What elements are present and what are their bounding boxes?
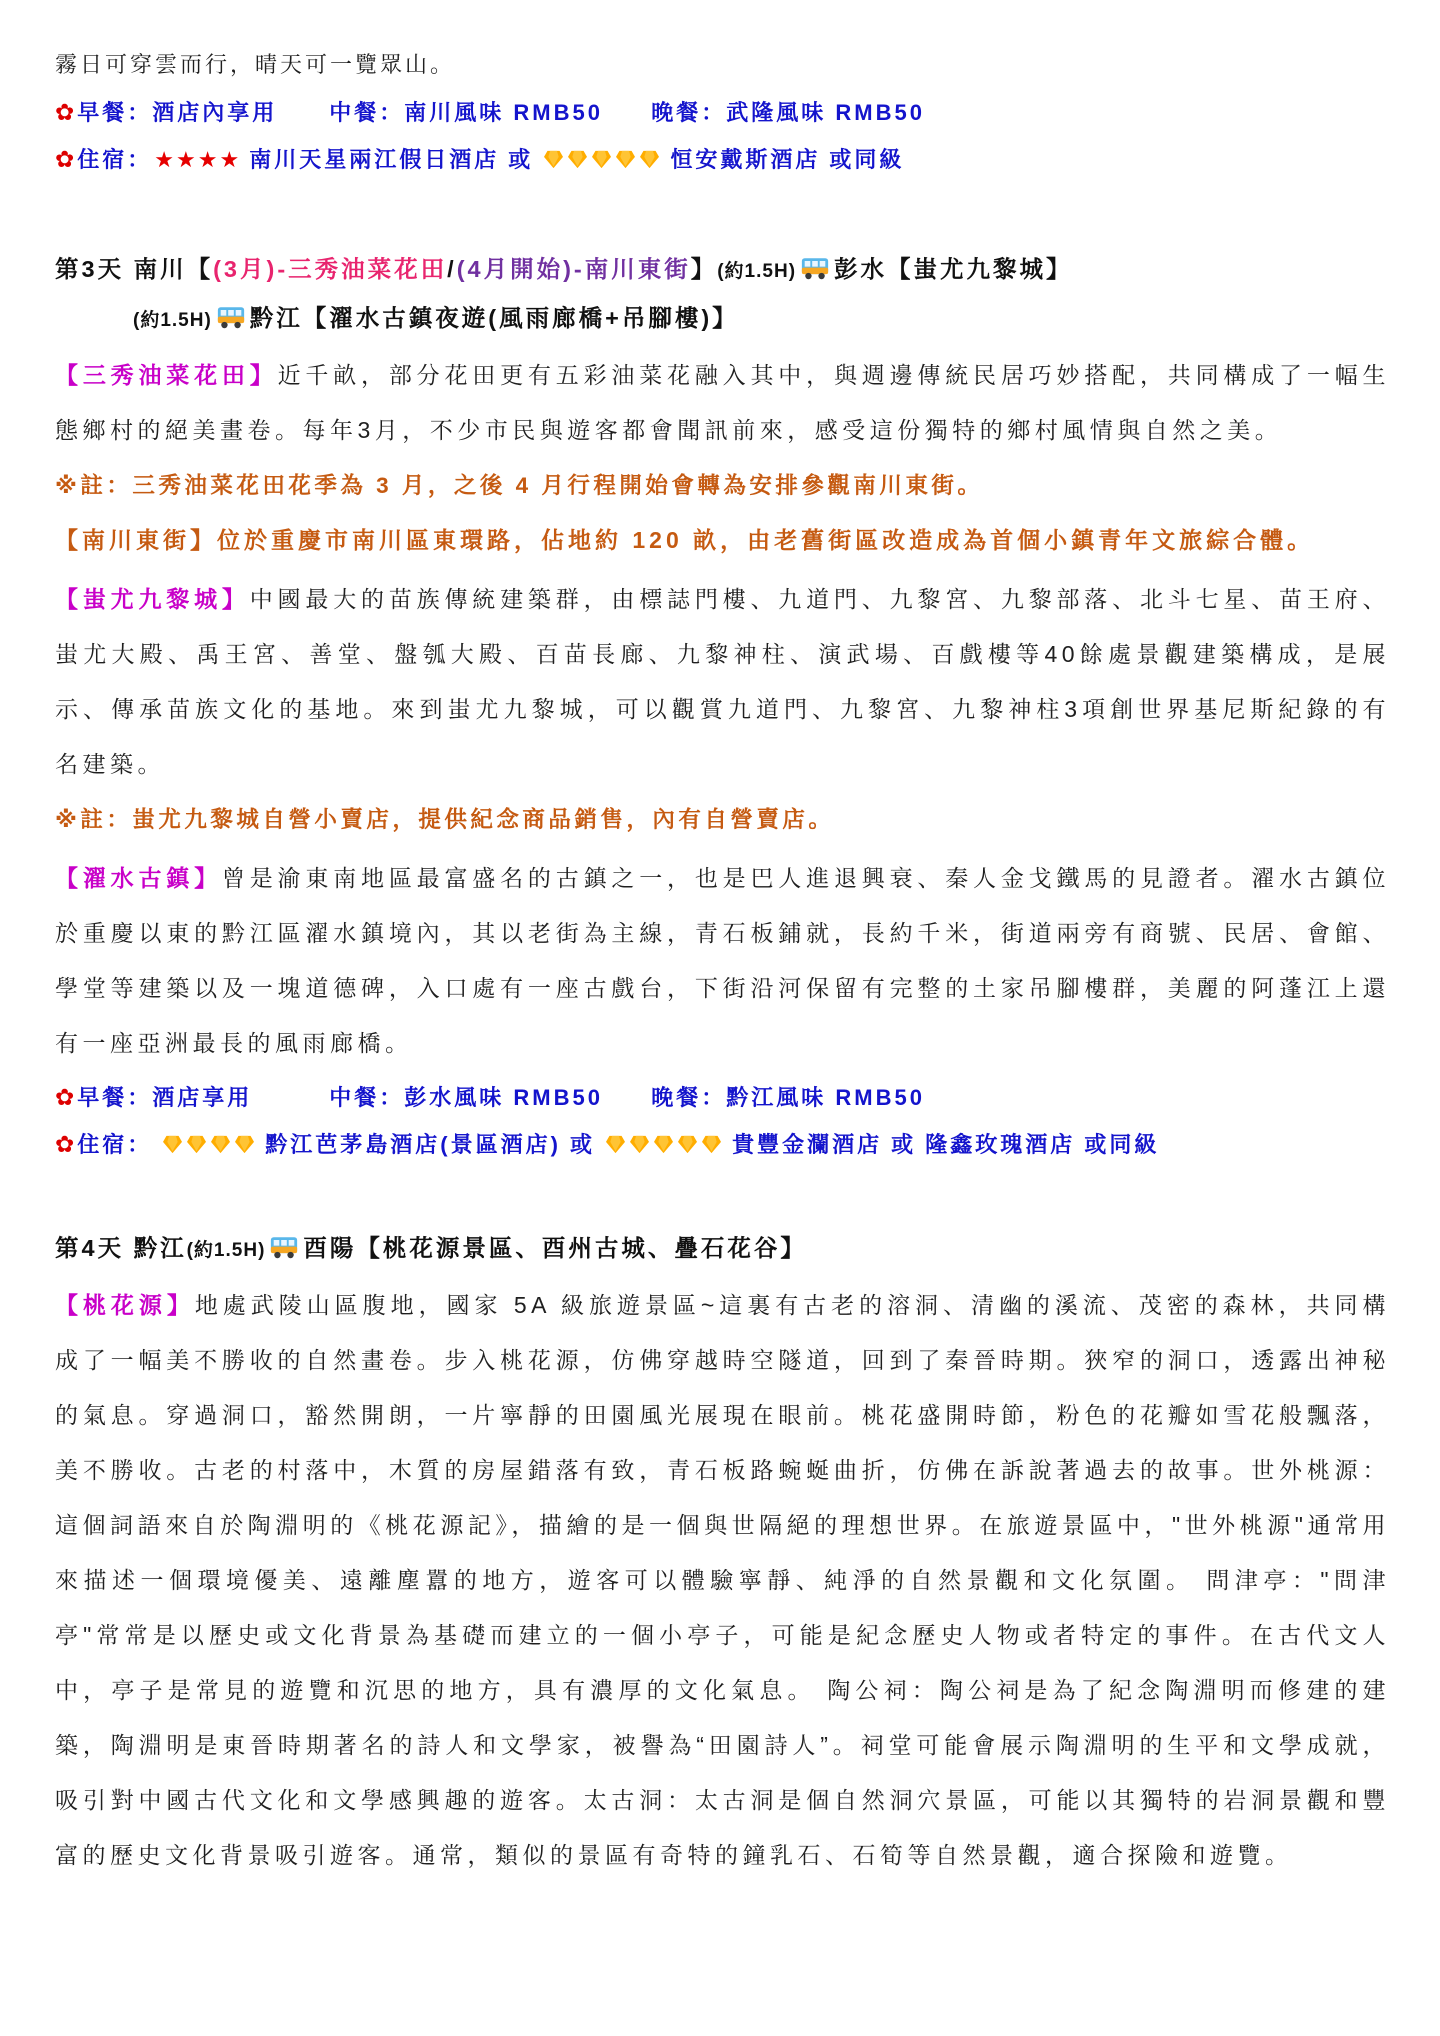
day4-heading: 第4天 黔江(約1.5H)酉陽【桃花源景區、酉州古城、疊石花谷】: [55, 1225, 1390, 1274]
day2-hotel-name1: 南川天星兩江假日酒店 或: [249, 147, 533, 172]
flower-icon: ✿: [55, 1131, 74, 1157]
section-label: 【濯水古鎮】: [55, 865, 222, 891]
day3-heading-line1: 第3天 南川【(3月)-三秀油菜花田/(4月開始)-南川東街】(約1.5H)彭水…: [55, 246, 1390, 295]
section-zhuoshui: 【濯水古鎮】曾是渝東南地區最富盛名的古鎮之一，也是巴人進退興衰、秦人金戈鐵馬的見…: [55, 851, 1390, 1071]
day2-meals-row: ✿早餐：酒店內享用中餐：南川風味 RMB50晚餐：武隆風味 RMB50: [55, 94, 1390, 131]
section-label: 【南川東街】: [55, 527, 217, 553]
star-rating: ★★★★: [154, 147, 241, 172]
day3-duration1: (約1.5H): [717, 261, 796, 282]
day3-title-prefix: 第3天 南川【: [55, 256, 213, 282]
day2-lunch: 中餐：南川風味 RMB50: [329, 95, 651, 131]
day3-meals-row: ✿早餐：酒店享用中餐：彭水風味 RMB50晚餐：黔江風味 RMB50: [55, 1079, 1390, 1116]
flower-icon: ✿: [55, 1084, 74, 1110]
document-page: 霧日可穿雲而行，晴天可一覽眾山。 ✿早餐：酒店內享用中餐：南川風味 RMB50晚…: [0, 0, 1440, 1883]
day3-breakfast: 早餐：酒店享用: [77, 1080, 329, 1116]
day4-duration: (約1.5H): [187, 1240, 266, 1261]
gem-icon: [629, 1135, 650, 1154]
gem-icon: [543, 150, 564, 169]
day3-hotel-label: 住宿：: [77, 1132, 152, 1157]
day2-hotel-row: ✿住宿：★★★★南川天星兩江假日酒店 或恒安戴斯酒店 或同級: [55, 141, 1390, 178]
day3-hotel-name1: 黔江芭茅島酒店(景區酒店) 或: [265, 1132, 595, 1157]
gem-icon: [162, 1135, 183, 1154]
diamond-rating: [605, 1135, 722, 1154]
section-label: 【三秀油菜花田】: [55, 362, 278, 388]
day3-lunch: 中餐：彭水風味 RMB50: [329, 1080, 651, 1116]
day3-dest2: 黔江【濯水古鎮夜遊(風雨廊橋+吊腳樓)】: [250, 305, 739, 331]
section-sanxiu: 【三秀油菜花田】近千畝，部分花田更有五彩油菜花融入其中，與週邊傳統民居巧妙搭配，…: [55, 348, 1390, 458]
gem-icon: [605, 1135, 626, 1154]
bus-icon: [800, 256, 830, 281]
gem-icon: [639, 150, 660, 169]
gem-icon: [677, 1135, 698, 1154]
gem-icon: [567, 150, 588, 169]
section-text: 曾是渝東南地區最富盛名的古鎮之一，也是巴人進退興衰、秦人金戈鐵馬的見證者。濯水古…: [55, 865, 1390, 1056]
section-text: 中國最大的苗族傳統建築群，由標誌門樓、九道門、九黎宮、九黎部落、北斗七星、苗王府…: [55, 586, 1390, 777]
day2-hotel-name2: 恒安戴斯酒店 或同級: [670, 147, 904, 172]
gem-icon: [186, 1135, 207, 1154]
section-text: 地處武陵山區腹地，國家 5A 級旅遊景區~這裏有古老的溶洞、清幽的溪流、茂密的森…: [55, 1292, 1390, 1868]
note-sanxiu-season: ※註：三秀油菜花田花季為 3 月，之後 4 月行程開始會轉為安排參觀南川東街。: [55, 458, 1390, 513]
gem-icon: [591, 150, 612, 169]
day3-title-bracket: 】: [691, 256, 718, 282]
day3-hotel-name2: 貴豐金瀾酒店 或 隆鑫玫瑰酒店 或同級: [732, 1132, 1159, 1157]
bus-icon: [216, 305, 246, 330]
day2-dinner: 晚餐：武隆風味 RMB50: [651, 100, 925, 125]
flower-icon: ✿: [55, 146, 74, 172]
day3-title-april: (4月開始)-南川東街: [457, 256, 691, 282]
section-chiyou: 【蚩尤九黎城】中國最大的苗族傳統建築群，由標誌門樓、九道門、九黎宮、九黎部落、北…: [55, 572, 1390, 792]
day3-duration2: (約1.5H): [133, 310, 212, 331]
day3-dinner: 晚餐：黔江風味 RMB50: [651, 1085, 925, 1110]
section-dongjie: 【南川東街】位於重慶市南川區東環路，佔地約 120 畝，由老舊街區改造成為首個小…: [55, 513, 1390, 568]
day2-breakfast: 早餐：酒店內享用: [77, 95, 329, 131]
section-label: 【蚩尤九黎城】: [55, 586, 250, 612]
day3-title-slash: /: [447, 256, 457, 282]
gem-icon: [210, 1135, 231, 1154]
day3-dest1: 彭水【蚩尤九黎城】: [834, 256, 1073, 282]
flower-icon: ✿: [55, 99, 74, 125]
day4-title-prefix: 第4天 黔江: [55, 1235, 187, 1261]
diamond-rating: [162, 1135, 255, 1154]
section-label: 【桃花源】: [55, 1292, 195, 1318]
bus-icon: [269, 1235, 299, 1260]
section-text: 位於重慶市南川區東環路，佔地約 120 畝，由老舊街區改造成為首個小鎮青年文旅綜…: [217, 527, 1314, 553]
gem-icon: [701, 1135, 722, 1154]
section-taohuayuan: 【桃花源】地處武陵山區腹地，國家 5A 級旅遊景區~這裏有古老的溶洞、清幽的溪流…: [55, 1278, 1390, 1883]
intro-line: 霧日可穿雲而行，晴天可一覽眾山。: [55, 48, 1390, 82]
diamond-rating: [543, 150, 660, 169]
gem-icon: [234, 1135, 255, 1154]
day3-title-march: (3月)-三秀油菜花田: [213, 256, 447, 282]
day2-hotel-label: 住宿：: [77, 147, 152, 172]
gem-icon: [653, 1135, 674, 1154]
day3-heading-line2: (約1.5H)黔江【濯水古鎮夜遊(風雨廊橋+吊腳樓)】: [55, 295, 1390, 344]
gem-icon: [615, 150, 636, 169]
day3-hotel-row: ✿住宿：黔江芭茅島酒店(景區酒店) 或貴豐金瀾酒店 或 隆鑫玫瑰酒店 或同級: [55, 1126, 1390, 1163]
note-chiyou-shop: ※註：蚩尤九黎城自營小賣店，提供紀念商品銷售，內有自營賣店。: [55, 792, 1390, 847]
day4-dest: 酉陽【桃花源景區、酉州古城、疊石花谷】: [303, 1235, 807, 1261]
